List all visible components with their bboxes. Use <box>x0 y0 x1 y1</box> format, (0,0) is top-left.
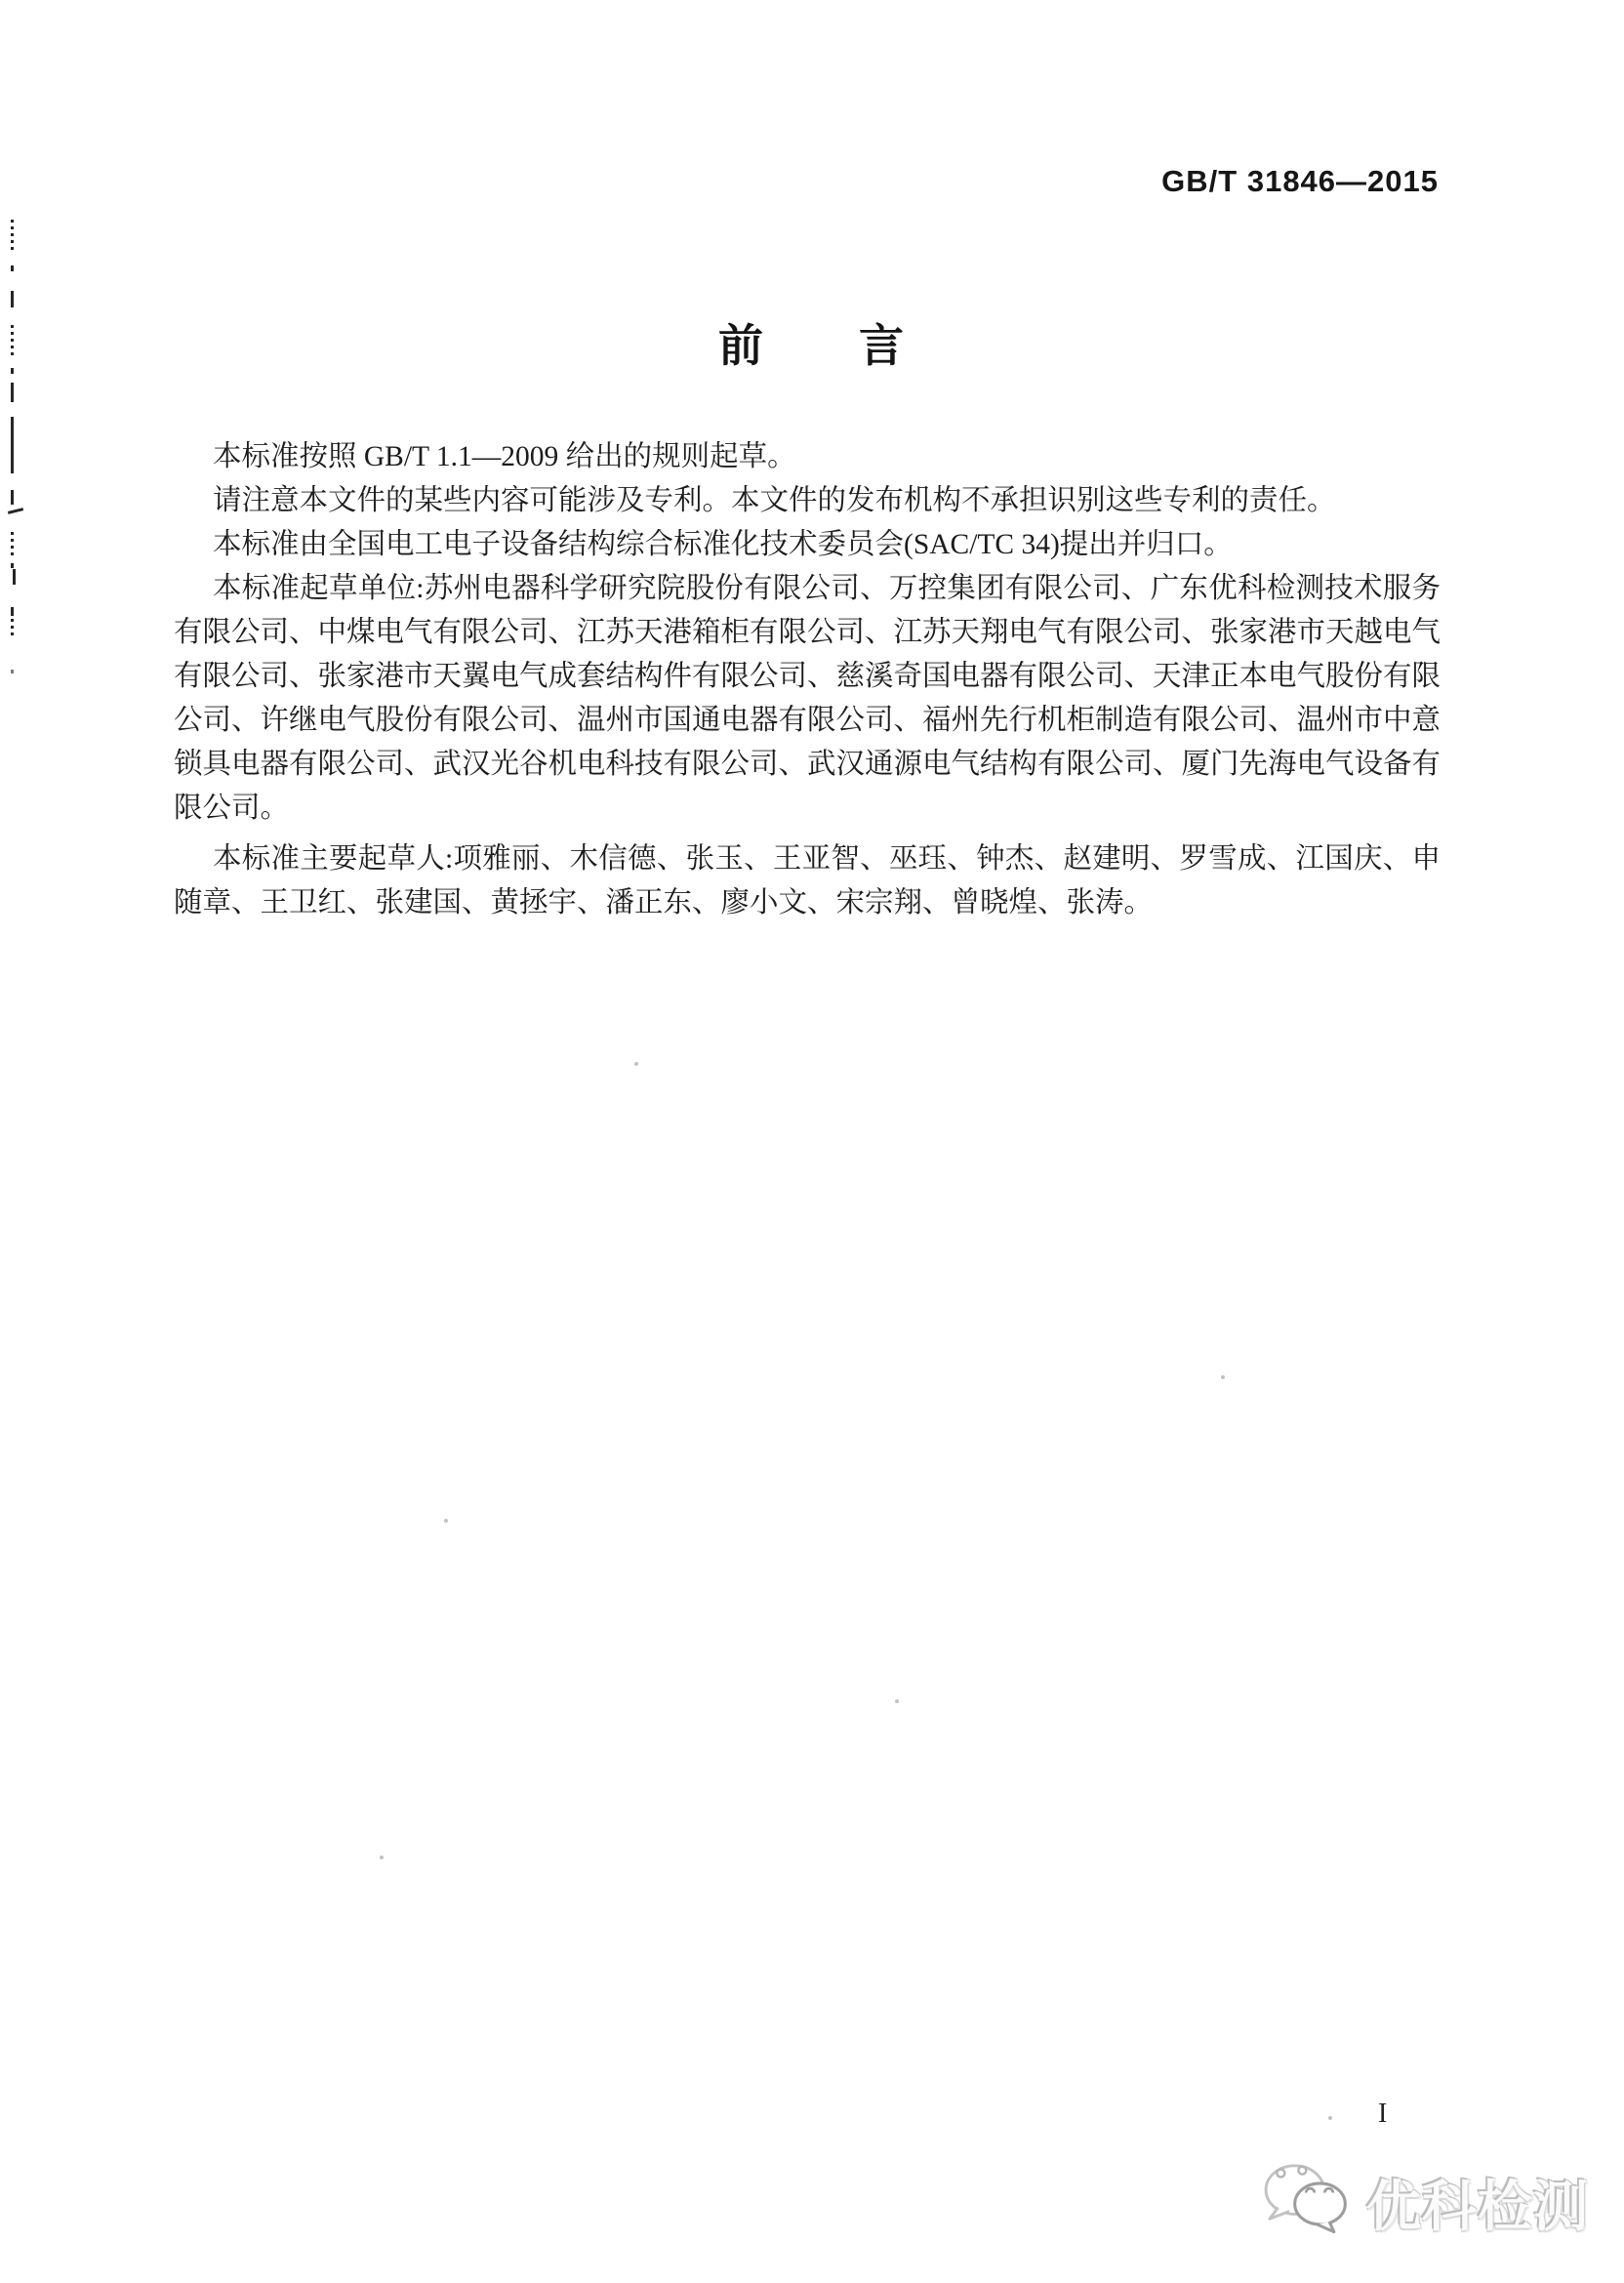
paragraph-drafting-organizations: 本标准起草单位:苏州电器科学研究院股份有限公司、万控集团有限公司、广东优科检测技… <box>174 567 1441 831</box>
scan-speck <box>444 1519 448 1523</box>
document-title: 前 言 <box>0 310 1624 375</box>
paragraph-drafting-rules: 本标准按照 GB/T 1.1—2009 给出的规则起草。 <box>174 435 1441 479</box>
scan-speck <box>634 1062 638 1066</box>
watermark: 优科检测 <box>1263 2161 1589 2245</box>
paragraph-drafters: 本标准主要起草人:项雅丽、木信德、张玉、王亚智、巫珏、钟杰、赵建明、罗雪成、江国… <box>174 837 1441 925</box>
scan-speck <box>895 1699 899 1703</box>
paragraph-committee: 本标准由全国电工电子设备结构综合标准化技术委员会(SAC/TC 34)提出并归口… <box>174 523 1441 567</box>
standard-number: GB/T 31846—2015 <box>1161 164 1439 199</box>
scan-speck <box>1221 1375 1225 1379</box>
paragraph-patent-notice: 请注意本文件的某些内容可能涉及专利。本文件的发布机构不承担识别这些专利的责任。 <box>174 479 1441 523</box>
chat-bubbles-icon <box>1263 2161 1357 2245</box>
watermark-text: 优科检测 <box>1366 2164 1589 2242</box>
document-page: GB/T 31846—2015 前 言 本标准按照 GB/T 1.1—2009 … <box>0 0 1624 2283</box>
scan-speck <box>380 1855 384 1859</box>
page-number: I <box>1378 2099 1387 2130</box>
scan-speck <box>1328 2116 1332 2120</box>
foreword-body: 本标准按照 GB/T 1.1—2009 给出的规则起草。 请注意本文件的某些内容… <box>174 435 1441 925</box>
